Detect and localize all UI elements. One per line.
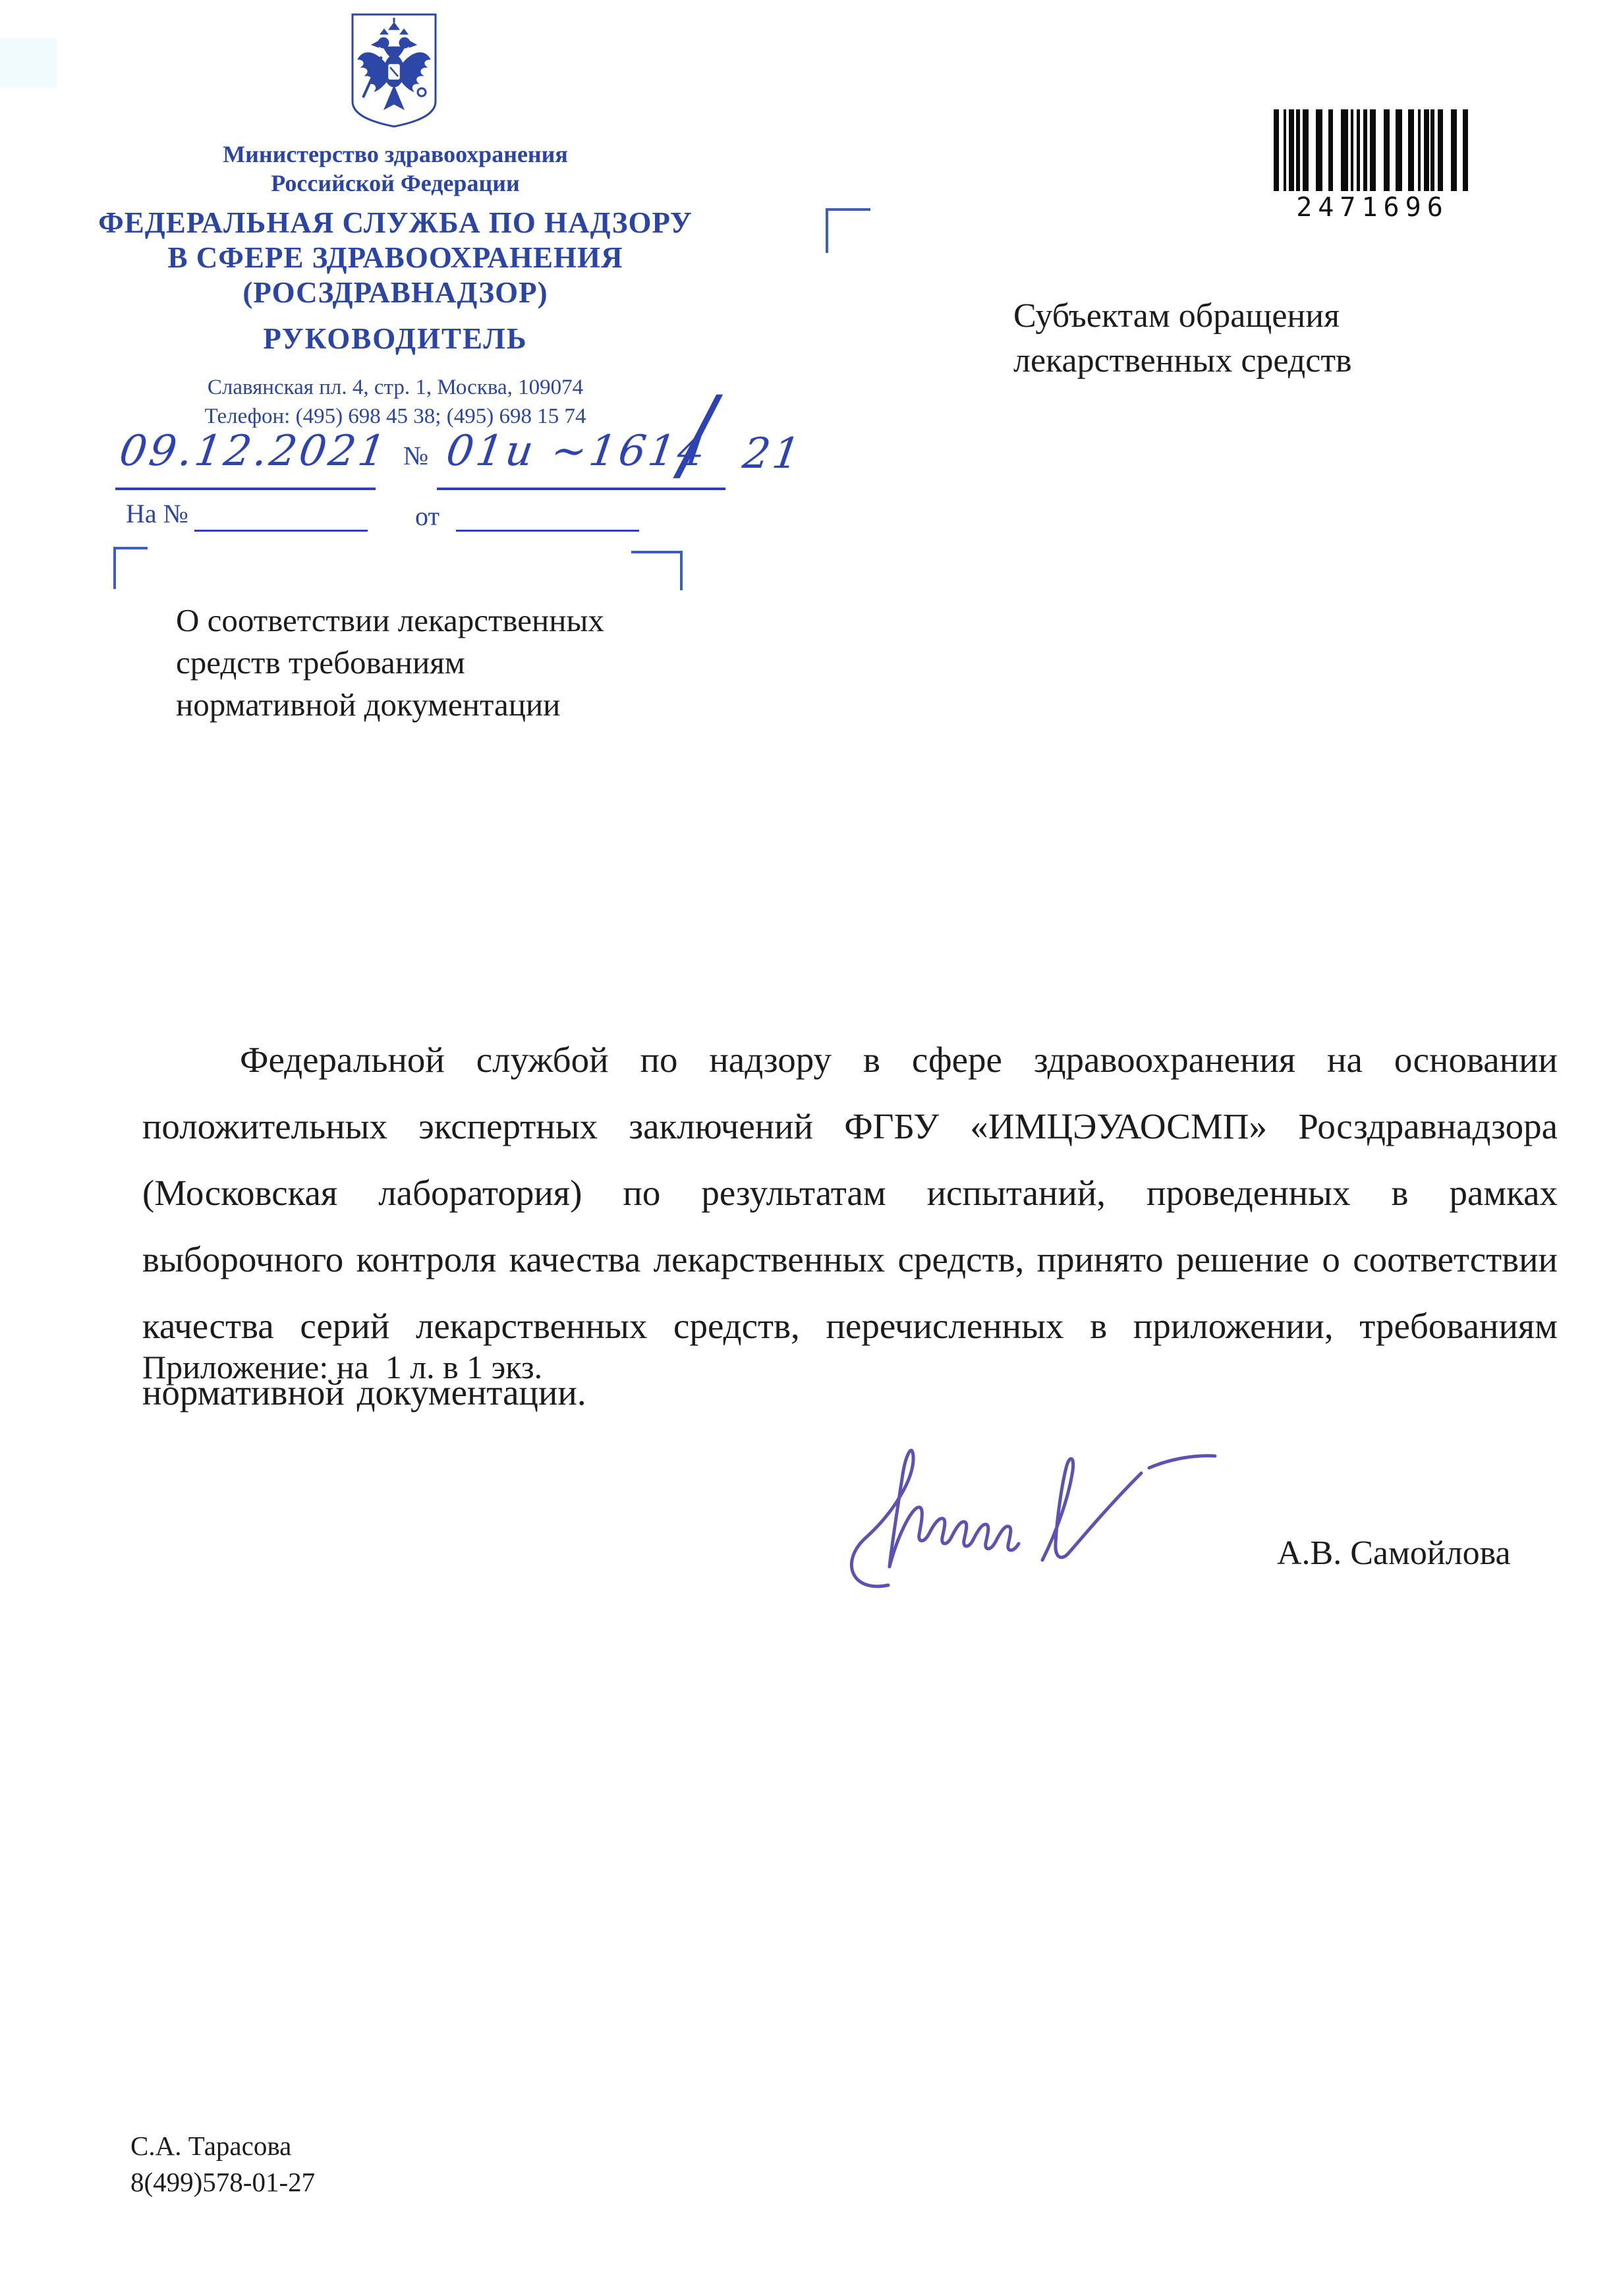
reply-date-blank-line: [456, 530, 639, 532]
position-title: РУКОВОДИТЕЛЬ: [46, 322, 745, 356]
subject-line-2: средств требованиям: [176, 642, 604, 684]
barcode-bars: [1274, 109, 1471, 191]
corner-mark-top: [826, 208, 870, 253]
handwritten-number-suffix: 21: [740, 430, 806, 478]
signature-ink: [832, 1415, 1260, 1600]
letterhead-phone: Телефон: (495) 698 45 38; (495) 698 15 7…: [46, 405, 745, 429]
letterhead-address: Славянская пл. 4, стр. 1, Москва, 109074: [46, 376, 745, 400]
recipient-block: Субъектам обращения лекарственных средст…: [1013, 294, 1352, 383]
document-page: Министерство здравоохранения Российской …: [0, 0, 1613, 2296]
scan-smudge: [0, 38, 57, 87]
barcode-number: 2471696: [1274, 192, 1471, 223]
executor-name: С.А. Тарасова: [130, 2128, 315, 2164]
subject-block: О соответствии лекарственных средств тре…: [176, 600, 604, 726]
attachment-line: Приложение: на 1 л. в 1 экз.: [142, 1348, 542, 1386]
service-line-2: В СФЕРЕ ЗДРАВООХРАНЕНИЯ: [46, 240, 745, 275]
handwritten-number: 01и ~1614: [443, 427, 711, 476]
corner-mark-left: [113, 547, 148, 589]
service-name: ФЕДЕРАЛЬНАЯ СЛУЖБА ПО НАДЗОРУ В СФЕРЕ ЗД…: [46, 206, 745, 310]
service-line-3: (РОСЗДРАВНАДЗОР): [46, 275, 745, 310]
executor-block: С.А. Тарасова 8(499)578-01-27: [130, 2128, 315, 2200]
barcode: 2471696: [1274, 109, 1471, 223]
subject-line-3: нормативной документации: [176, 684, 604, 726]
reply-from-label: от: [415, 501, 439, 532]
service-line-1: ФЕДЕРАЛЬНАЯ СЛУЖБА ПО НАДЗОРУ: [46, 206, 745, 240]
reply-number-label: На №: [126, 498, 188, 529]
coat-of-arms-icon: [347, 11, 441, 130]
ministry-line-1: Министерство здравоохранения: [46, 140, 745, 169]
corner-mark-right: [631, 551, 683, 590]
date-underline: [115, 488, 376, 490]
number-sign: №: [403, 440, 428, 471]
subject-line-1: О соответствии лекарственных: [176, 600, 604, 642]
number-underline: [437, 488, 725, 490]
reply-number-blank-line: [194, 530, 368, 532]
recipient-line-1: Субъектам обращения: [1013, 294, 1352, 339]
ministry-name: Министерство здравоохранения Российской …: [46, 140, 745, 198]
executor-phone: 8(499)578-01-27: [130, 2164, 315, 2200]
signatory-name: А.В. Самойлова: [1277, 1534, 1511, 1573]
handwritten-slash: /: [679, 373, 714, 498]
handwritten-date: 09.12.2021: [117, 427, 391, 476]
recipient-line-2: лекарственных средств: [1013, 339, 1352, 383]
ministry-line-2: Российской Федерации: [46, 169, 745, 198]
